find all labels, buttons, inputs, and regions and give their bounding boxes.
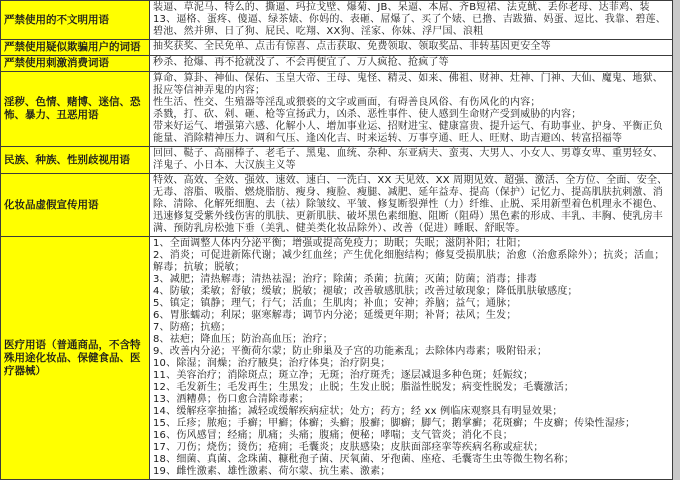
- row-content-deceptive-words: 抽奖获奖、全民免单、点击有惊喜、点击获取、免费领取、领取奖品、非转基因更安全等: [150, 40, 673, 56]
- row-label-consumption-stimulating-words: 严禁使用刺激消费词语: [1, 56, 150, 72]
- row-content-cosmetics-false-claims: 特效、高效、全效、强效、速效、速白、一洗白、XX 天见效、XX 周期见效、超强、…: [150, 174, 673, 237]
- row-label-deceptive-words: 严禁使用疑似欺骗用户的词语: [1, 40, 150, 56]
- table-row: 化妆品虚假宣传用语 特效、高效、全效、强效、速效、速白、一洗白、XX 天见效、X…: [1, 174, 673, 237]
- row-label-ethnic-gender-discrimination-words: 民族、种族、性别歧视用语: [1, 147, 150, 174]
- table-row: 淫秽、色情、赌博、迷信、恐怖、暴力、丑恶用语 算命、算卦、神仙、保佑、玉皇大帝、…: [1, 72, 673, 147]
- row-label-uncivilized-words: 严禁使用的不文明用语: [1, 1, 150, 40]
- row-label-obscene-gambling-superstition-words: 淫秽、色情、赌博、迷信、恐怖、暴力、丑恶用语: [1, 72, 150, 147]
- row-content-medical-terms: 1、全面调整人体内分泌平衡；增强或提高免疫力；助眠；失眠；滋阴补阳；壮阳； 2、…: [150, 237, 673, 480]
- table-row: 严禁使用刺激消费词语 秒杀、抢爆、再不抢就没了、不会再便宜了、万人疯抢、抢疯了等: [1, 56, 673, 72]
- row-content-obscene-gambling-superstition-words: 算命、算卦、神仙、保佑、玉皇大帝、王母、鬼怪、精灵、如来、佛祖、财神、灶神、门神…: [150, 72, 673, 147]
- banned-words-table: 严禁使用的不文明用语 装逼、草泥马、特么的、撕逼、玛拉戈壁、爆菊、JB、呆逼、本…: [0, 0, 673, 480]
- row-content-ethnic-gender-discrimination-words: 回回、鞑子、高丽棒子、老毛子、黑鬼、血统、杂种、东亚病夫、蛮夷、大男人、小女人、…: [150, 147, 673, 174]
- row-content-uncivilized-words: 装逼、草泥马、特么的、撕逼、玛拉戈壁、爆菊、JB、呆逼、本屌、齐B短裙、法克鱿、…: [150, 1, 673, 40]
- row-label-cosmetics-false-claims: 化妆品虚假宣传用语: [1, 174, 150, 237]
- table-row: 严禁使用的不文明用语 装逼、草泥马、特么的、撕逼、玛拉戈壁、爆菊、JB、呆逼、本…: [1, 1, 673, 40]
- row-label-medical-terms: 医疗用语（普通商品，不含特殊用途化妆品、保健食品、医疗器械）: [1, 237, 150, 480]
- table-row: 严禁使用疑似欺骗用户的词语 抽奖获奖、全民免单、点击有惊喜、点击获取、免费领取、…: [1, 40, 673, 56]
- row-content-consumption-stimulating-words: 秒杀、抢爆、再不抢就没了、不会再便宜了、万人疯抢、抢疯了等: [150, 56, 673, 72]
- table-row: 民族、种族、性别歧视用语 回回、鞑子、高丽棒子、老毛子、黑鬼、血统、杂种、东亚病…: [1, 147, 673, 174]
- banned-words-table-sheet: 严禁使用的不文明用语 装逼、草泥马、特么的、撕逼、玛拉戈壁、爆菊、JB、呆逼、本…: [0, 0, 673, 480]
- table-row: 医疗用语（普通商品，不含特殊用途化妆品、保健食品、医疗器械） 1、全面调整人体内…: [1, 237, 673, 480]
